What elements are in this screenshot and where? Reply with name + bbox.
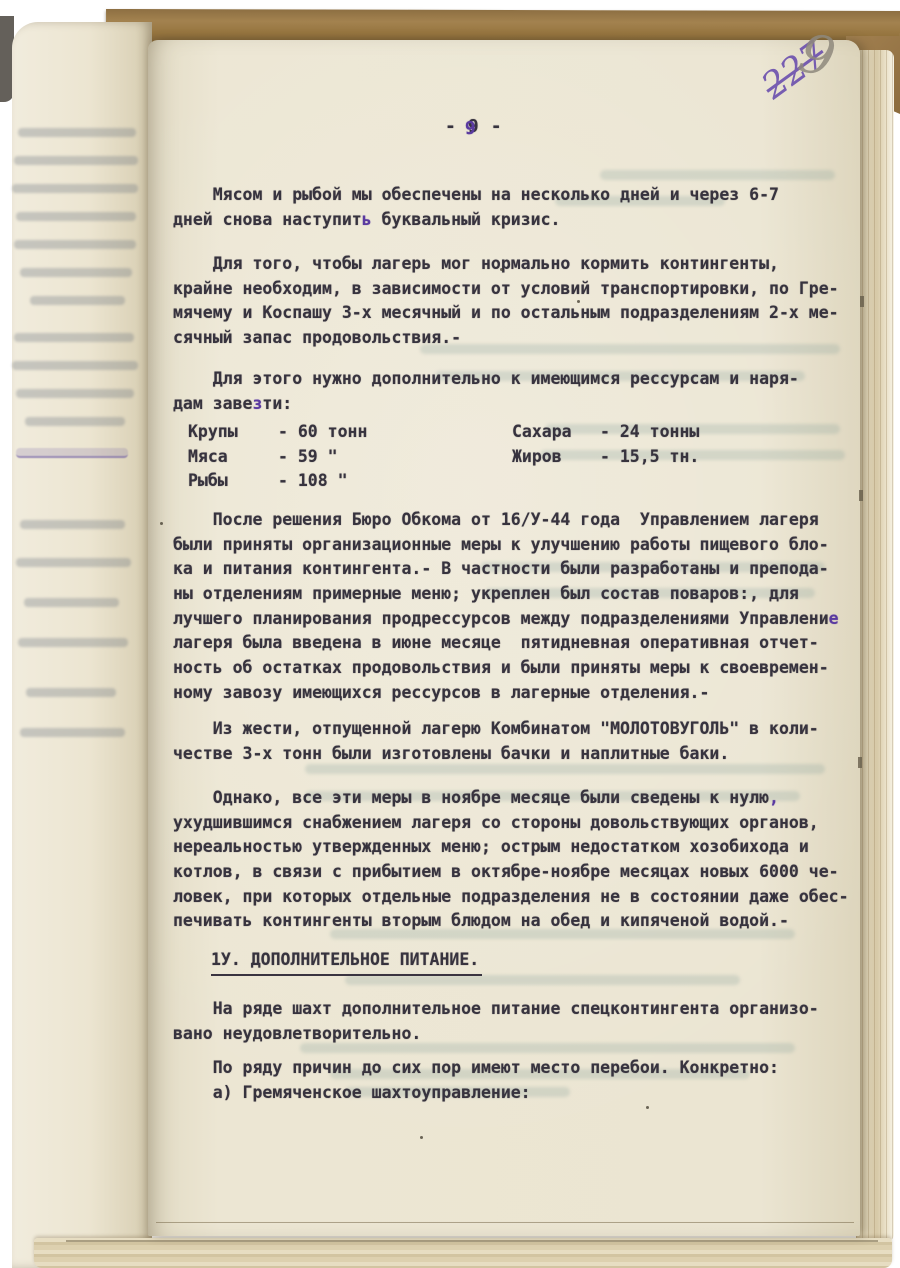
typed-line: ному завозу имеющихся рессурсов в лагерн… [173, 681, 863, 706]
paragraph: После решения Бюро Обкома от 16/У-44 год… [173, 508, 863, 706]
supplies-table: Крупы- 60 тоннСахара- 24 тонныМяса- 59 "… [173, 420, 863, 494]
table-cell: Крупы [188, 420, 278, 445]
typed-line: ловек, при которых отдельные подразделен… [173, 885, 863, 910]
typed-line: нереальностью утвержденных меню; острым … [173, 835, 863, 860]
ink-correction: ь [362, 210, 372, 229]
typed-text: печивать контингенты вторым блюдом на об… [173, 911, 789, 930]
table-cell: - 108 " [278, 469, 512, 494]
typed-line: После решения Бюро Обкома от 16/У-44 год… [173, 508, 863, 533]
typed-line: а) Гремяченское шахтоуправление: [173, 1081, 863, 1106]
typed-text: ность об остатках продовольствия и были … [173, 658, 829, 677]
typed-line: котлов, в связи с прибытием в октябре-но… [173, 860, 863, 885]
typed-text: дам заве [173, 394, 252, 413]
typed-line: вано неудовлетворительно. [173, 1022, 863, 1047]
ink-correction: з [252, 394, 262, 413]
typed-text: ны отделениям примерные меню; укреплен б… [173, 584, 799, 603]
typed-text: ти: [262, 394, 292, 413]
paragraph: Из жести, отпущенной лагерю Комбинатом "… [173, 717, 863, 766]
table-cell: - 24 тонны [600, 422, 699, 441]
typed-text: Из жести, отпущенной лагерю Комбинатом "… [173, 719, 819, 738]
document-scan: -99- 227 9 Мясом и рыбой мы обеспечены н… [0, 0, 900, 1268]
ink-speck [646, 1106, 649, 1109]
typed-text-layer: Мясом и рыбой мы обеспечены на несколько… [0, 0, 900, 1268]
table-row: Крупы- 60 тоннСахара- 24 тонны [173, 420, 863, 445]
section-heading: 1У. ДОПОЛНИТЕЛЬНОЕ ПИТАНИЕ. [173, 948, 900, 976]
typed-text: сячный запас продовольствия.- [173, 328, 461, 347]
paragraph: Для этого нужно дополнительно к имеющимс… [173, 367, 863, 416]
table-row: Рыбы- 108 " [173, 469, 863, 494]
typed-text: мячему и Коспашу 3-х месячный и по остал… [173, 303, 839, 322]
typed-text: ловек, при которых отдельные подразделен… [173, 887, 849, 906]
table-cell: Рыбы [188, 469, 278, 494]
typed-line: были приняты организационные меры к улуч… [173, 533, 863, 558]
typed-text: Для этого нужно дополнительно к имеющимс… [173, 369, 799, 388]
ink-speck [577, 300, 580, 303]
table-cell: - 15,5 тн. [600, 447, 699, 466]
typed-line: Однако, все эти меры в ноябре месяце был… [173, 786, 863, 811]
ink-speck [500, 268, 503, 271]
typed-text: честве 3-х тонн были изготовлены бачки и… [173, 744, 729, 763]
table-cell: Жиров [512, 445, 600, 470]
typed-text: На ряде шахт дополнительное питание спец… [173, 999, 819, 1018]
typed-text: ному завозу имеющихся рессурсов в лагерн… [173, 683, 709, 702]
typed-line: дней снова наступить буквальный кризис. [173, 208, 863, 233]
typed-line: 1У. ДОПОЛНИТЕЛЬНОЕ ПИТАНИЕ. [211, 948, 482, 976]
typed-text: 1У. ДОПОЛНИТЕЛЬНОЕ ПИТАНИЕ. [211, 950, 479, 969]
typed-text: дней снова наступит [173, 210, 362, 229]
typed-line: лучшего планирования продрессурсов между… [173, 607, 863, 632]
typed-line: По ряду причин до сих пор имеют место пе… [173, 1056, 863, 1081]
table-cell: Мяса [188, 445, 278, 470]
typed-text: лучшего планирования продрессурсов между… [173, 609, 829, 628]
typed-line: Для того, чтобы лагерь мог нормально кор… [173, 252, 863, 277]
typed-line: лагеря была введена в июне месяце пятидн… [173, 631, 863, 656]
typed-text: а) Гремяченское шахтоуправление: [173, 1083, 531, 1102]
typed-line: На ряде шахт дополнительное питание спец… [173, 997, 863, 1022]
typed-text: лагеря была введена в июне месяце пятидн… [173, 633, 819, 652]
ink-speck [420, 1136, 423, 1139]
typed-text: нереальностью утвержденных меню; острым … [173, 837, 809, 856]
typed-text: котлов, в связи с прибытием в октябре-но… [173, 862, 839, 881]
typed-line: Из жести, отпущенной лагерю Комбинатом "… [173, 717, 863, 742]
typed-line: ность об остатках продовольствия и были … [173, 656, 863, 681]
typed-line: ка и питания контингента.- В частности б… [173, 557, 863, 582]
typed-line: дам завезти: [173, 392, 863, 417]
paragraph: Для того, чтобы лагерь мог нормально кор… [173, 252, 863, 351]
typed-text: крайне необходим, в зависимости от услов… [173, 279, 839, 298]
paragraph: Однако, все эти меры в ноябре месяце был… [173, 786, 863, 934]
typed-line: ухудшившимся снабжением лагеря со сторон… [173, 811, 863, 836]
typed-line: крайне необходим, в зависимости от услов… [173, 277, 863, 302]
paragraph: Мясом и рыбой мы обеспечены на несколько… [173, 183, 863, 232]
typed-text: были приняты организационные меры к улуч… [173, 535, 829, 554]
ink-speck [160, 522, 163, 525]
typed-text: Однако, все эти меры в ноябре месяце был… [173, 788, 769, 807]
typed-text: Для того, чтобы лагерь мог нормально кор… [173, 254, 779, 273]
paragraph: По ряду причин до сих пор имеют место пе… [173, 1056, 863, 1105]
typed-text: ка и питания контингента.- В частности б… [173, 559, 829, 578]
table-cell: - 60 тонн [278, 420, 512, 445]
ink-correction: е [829, 609, 839, 628]
ink-correction: , [769, 788, 779, 807]
typed-line: печивать контингенты вторым блюдом на об… [173, 909, 863, 934]
table-cell: - 59 " [278, 445, 512, 470]
paragraph: На ряде шахт дополнительное питание спец… [173, 997, 863, 1046]
typed-line: Мясом и рыбой мы обеспечены на несколько… [173, 183, 863, 208]
typed-line: мячему и Коспашу 3-х месячный и по остал… [173, 301, 863, 326]
typed-line: Для этого нужно дополнительно к имеющимс… [173, 367, 863, 392]
typed-text: Мясом и рыбой мы обеспечены на несколько… [173, 185, 779, 204]
typed-text: По ряду причин до сих пор имеют место пе… [173, 1058, 779, 1077]
typed-text: буквальный кризис. [372, 210, 561, 229]
typed-line: сячный запас продовольствия.- [173, 326, 863, 351]
typed-text: После решения Бюро Обкома от 16/У-44 год… [173, 510, 819, 529]
typed-text: ухудшившимся снабжением лагеря со сторон… [173, 813, 819, 832]
table-row: Мяса- 59 "Жиров- 15,5 тн. [173, 445, 863, 470]
typed-text: вано неудовлетворительно. [173, 1024, 421, 1043]
table-cell: Сахара [512, 420, 600, 445]
typed-line: ны отделениям примерные меню; укреплен б… [173, 582, 863, 607]
typed-line: честве 3-х тонн были изготовлены бачки и… [173, 742, 863, 767]
